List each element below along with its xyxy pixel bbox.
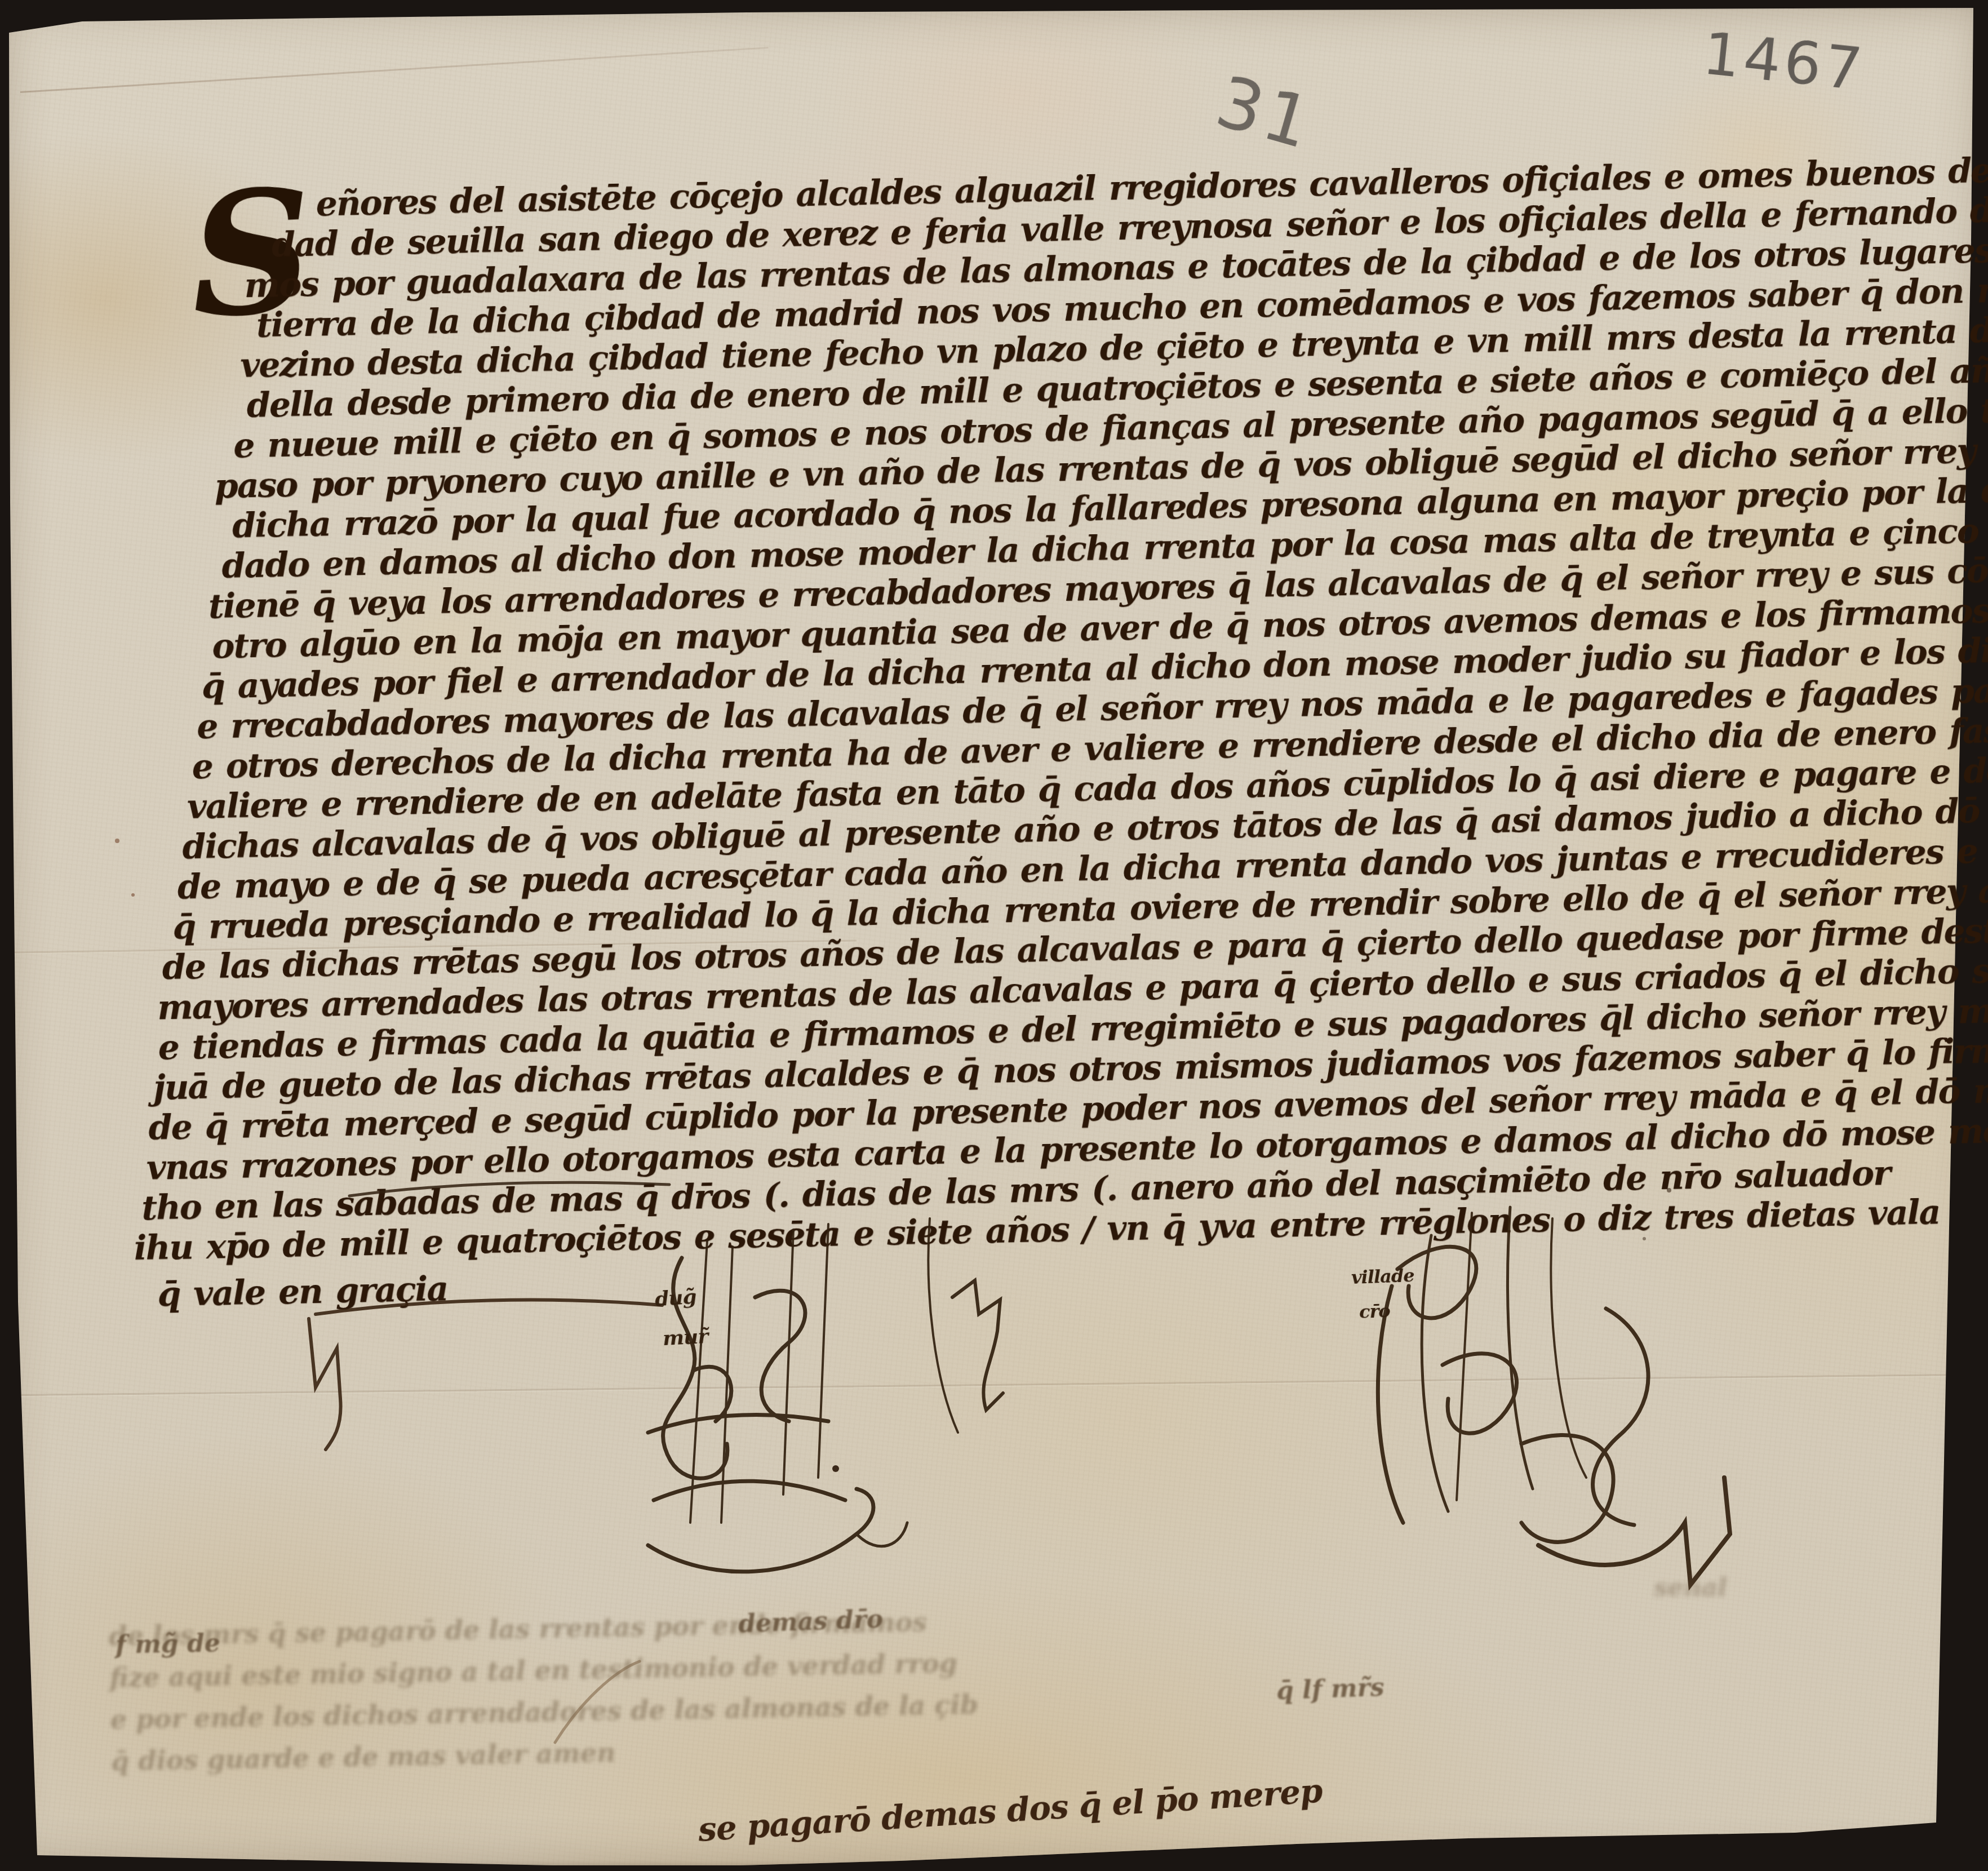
- ghost-fragment: f mg̃ de: [116, 1629, 221, 1659]
- signature-left-word-bottom: mur̃: [662, 1324, 708, 1350]
- horizontal-crease: [14, 1374, 1963, 1396]
- scanned-manuscript-page: { "page": { "background_color": "#1a1512…: [0, 0, 1988, 1871]
- signature-left-word-top: dug̃: [654, 1284, 697, 1311]
- signature-right-word-bottom: cr̄o: [1359, 1300, 1390, 1323]
- top-fold-crease: [20, 47, 769, 93]
- signature-right-word-top: villade: [1351, 1265, 1414, 1288]
- ghost-fragment: señal: [1654, 1573, 1727, 1602]
- ghost-fragment: demas dr̄o: [738, 1605, 884, 1639]
- manuscript-text-block: eñores del asistēte cōçejo alcaldes algu…: [248, 152, 1961, 1313]
- ghost-fragment: q̄ lf mr̃s: [1276, 1673, 1384, 1706]
